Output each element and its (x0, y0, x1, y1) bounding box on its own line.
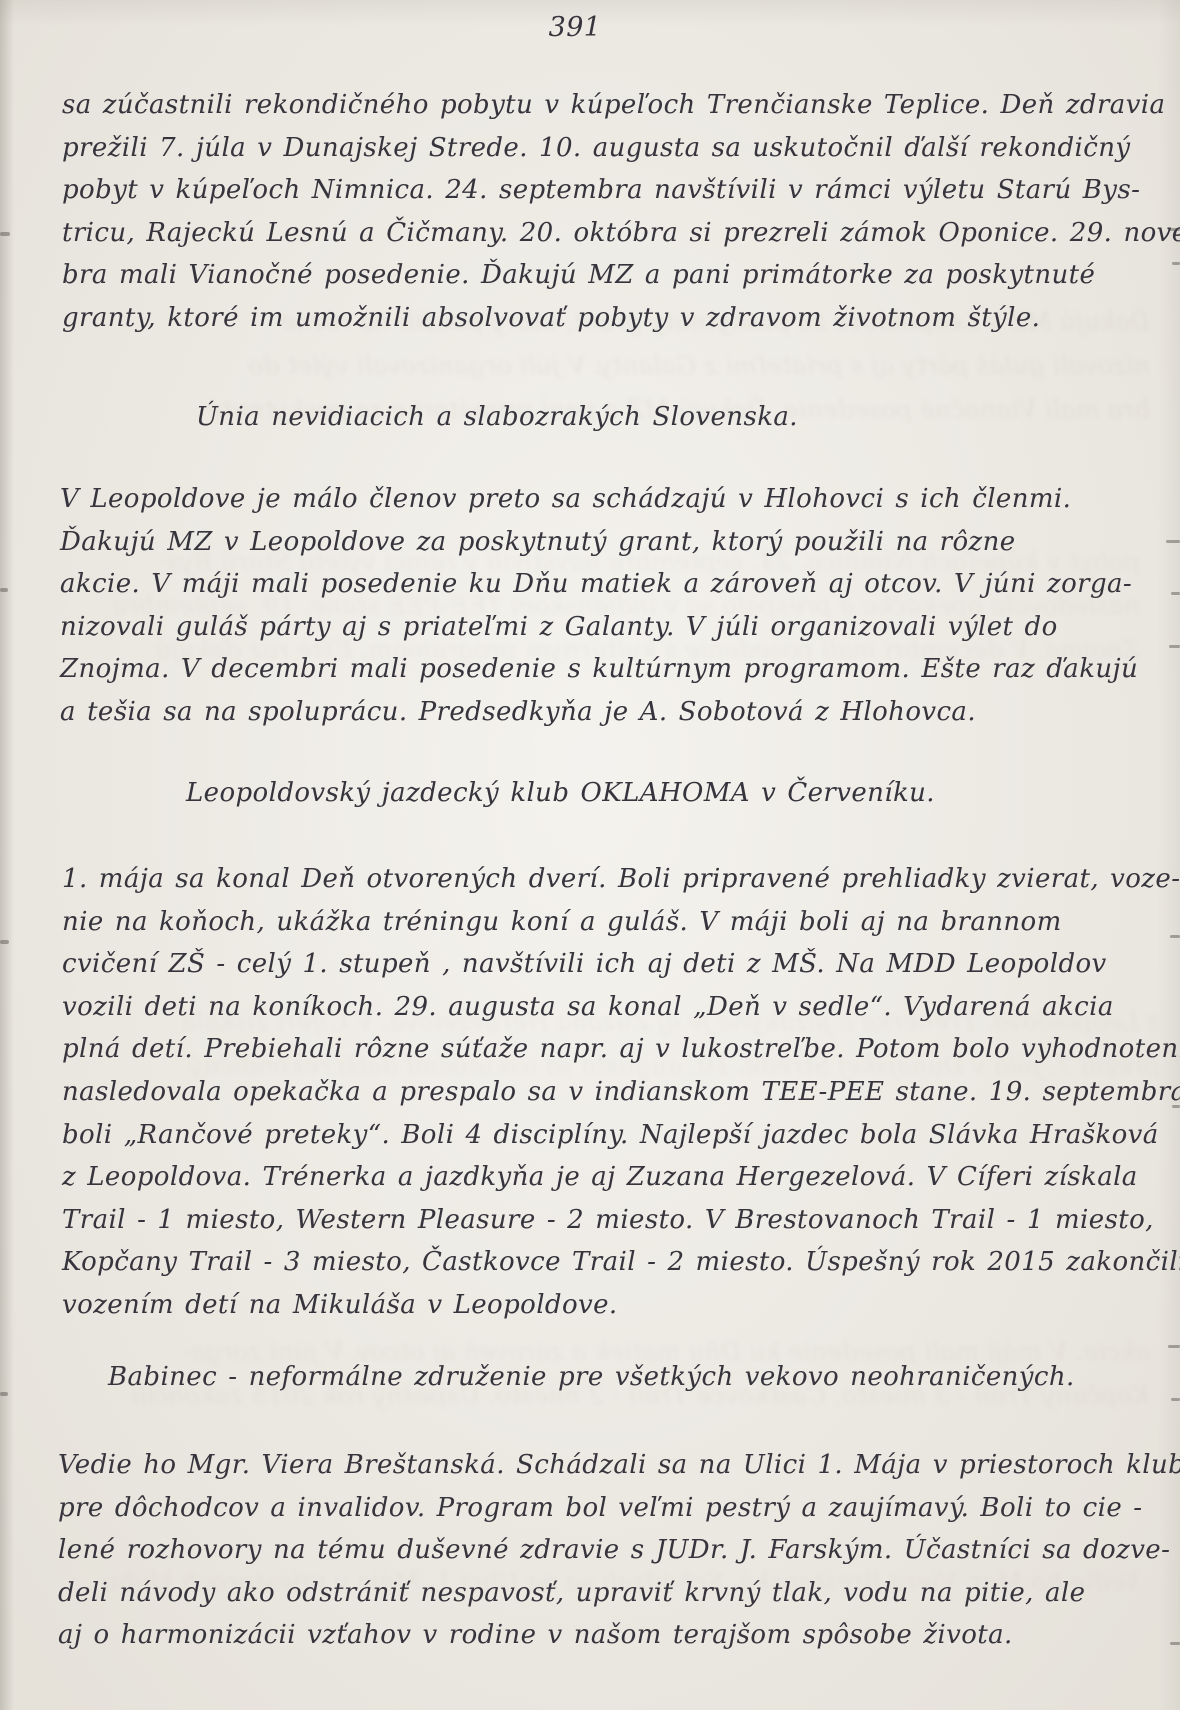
text-line: nasledovala opekačka a prespalo sa v ind… (62, 1071, 1180, 1114)
text-line: a tešia sa na spoluprácu. Predsedkyňa je… (60, 691, 1138, 734)
text-line: Kopčany Trail - 3 miesto, Častkovce Trai… (62, 1241, 1180, 1284)
text-line: Trail - 1 miesto, Western Pleasure - 2 m… (62, 1199, 1180, 1242)
text-line: bra mali Vianočné posedenie. Ďakujú MZ a… (62, 254, 1180, 297)
text-line: nie na koňoch, ukážka tréningu koní a gu… (62, 901, 1180, 944)
paragraph-jazdecky-klub: 1. mája sa konal Deň otvorených dverí. B… (62, 858, 1180, 1327)
text-line: sa zúčastnili rekondičného pobytu v kúpe… (62, 84, 1180, 127)
text-line: nizovali guláš párty aj s priateľmi z Ga… (60, 606, 1138, 649)
text-line: cvičení ZŠ - celý 1. stupeň , navštívili… (62, 943, 1180, 986)
chronicle-page: Ďakujú MZ v Leopoldove za poskytnutý gra… (0, 0, 1180, 1710)
text-line: Vedie ho Mgr. Viera Breštanská. Schádzal… (58, 1444, 1180, 1487)
edge-ink-mark (1171, 1398, 1180, 1401)
paragraph-rekondicne-pobyty: sa zúčastnili rekondičného pobytu v kúpe… (62, 84, 1180, 340)
section-heading-babinec: Babinec - neformálne združenie pre všetk… (108, 1356, 1075, 1398)
page-number: 391 (0, 12, 1150, 43)
edge-ink-mark (0, 940, 9, 944)
text-line: Ďakujú MZ v Leopoldove za poskytnutý gra… (60, 521, 1138, 564)
edge-ink-mark (1171, 592, 1180, 595)
ghost-line: nizovali guláš párty aj s priateľmi z Ga… (90, 344, 1150, 388)
edge-ink-mark (1166, 540, 1180, 543)
text-line: vozením detí na Mikuláša v Leopoldove. (62, 1284, 1180, 1327)
text-line: aj o harmonizácii vzťahov v rodine v naš… (58, 1614, 1180, 1657)
text-line: Znojma. V decembri mali posedenie s kult… (60, 648, 1138, 691)
text-line: z Leopoldova. Trénerka a jazdkyňa je aj … (62, 1156, 1180, 1199)
edge-ink-mark (1168, 1345, 1180, 1348)
text-line: pre dôchodcov a invalidov. Program bol v… (58, 1487, 1180, 1530)
text-line: plná detí. Prebiehali rôzne súťaže napr.… (62, 1028, 1180, 1071)
section-heading-unia-nevidiacich: Únia nevidiacich a slabozrakých Slovensk… (196, 396, 798, 438)
text-line: tricu, Rajeckú Lesnú a Čičmany. 20. októ… (62, 212, 1180, 255)
text-line: prežili 7. júla v Dunajskej Strede. 10. … (62, 127, 1180, 170)
edge-ink-mark (1169, 645, 1180, 648)
text-line: boli „Rančové preteky“. Boli 4 disciplín… (62, 1114, 1180, 1157)
text-line: vozili deti na koníkoch. 29. augusta sa … (62, 986, 1180, 1029)
paragraph-babinec: Vedie ho Mgr. Viera Breštanská. Schádzal… (58, 1444, 1180, 1657)
edge-ink-mark (0, 1392, 8, 1396)
edge-ink-mark (0, 588, 8, 592)
text-line: deli návody ako odstrániť nespavosť, upr… (58, 1572, 1180, 1615)
text-line: pobyt v kúpeľoch Nimnica. 24. septembra … (62, 169, 1180, 212)
text-line: lené rozhovory na tému duševné zdravie s… (58, 1529, 1180, 1572)
section-heading-jazdecky-klub: Leopoldovský jazdecký klub OKLAHOMA v Če… (186, 772, 935, 814)
text-line: 1. mája sa konal Deň otvorených dverí. B… (62, 858, 1180, 901)
text-line: akcie. V máji mali posedenie ku Dňu mati… (60, 563, 1138, 606)
edge-ink-mark (0, 232, 10, 236)
text-line: V Leopoldove je málo členov preto sa sch… (60, 478, 1138, 521)
paragraph-unia-nevidiacich: V Leopoldove je málo členov preto sa sch… (60, 478, 1138, 734)
text-line: granty, ktoré im umožnili absolvovať pob… (62, 297, 1180, 340)
